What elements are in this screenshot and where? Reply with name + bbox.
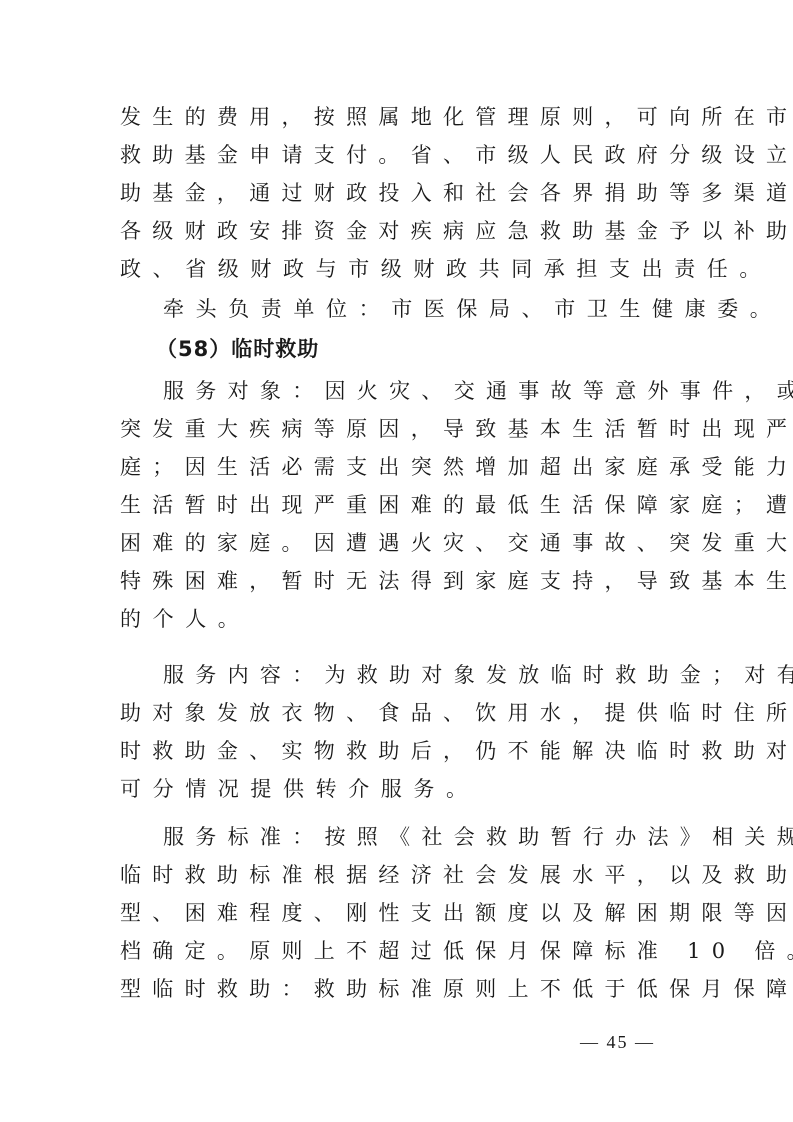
- document-page: 发生的费用，按照属地化管理原则，可向所在市级疾病应急救助基金申请支付。省、市级人…: [0, 0, 793, 1122]
- paragraph-line: 政、省级财政与市级财政共同承担支出责任。: [120, 250, 676, 288]
- service-object-line: 突发重大疾病等原因，导致基本生活暂时出现严重困难的家: [120, 410, 676, 448]
- service-content-line: 服务内容：为救助对象发放临时救助金；对有需要的救: [163, 656, 676, 694]
- service-standard-line: 型、困难程度、刚性支出额度以及解困期限等因素，分类分: [120, 894, 676, 932]
- service-object-line: 困难的家庭。因遭遇火灾、交通事故、突发重大疾病或其他: [120, 524, 676, 562]
- service-content-line: 时救助金、实物救助后，仍不能解决临时救助对象困难的，: [120, 732, 676, 770]
- service-object-line: 特殊困难，暂时无法得到家庭支持，导致基本生活陷入困境: [120, 562, 676, 600]
- service-object-line: 服务对象：因火灾、交通事故等意外事件，或家庭成员: [163, 372, 676, 410]
- page-number: — 45 —: [580, 1030, 655, 1054]
- service-standard-line: 档确定。原则上不超过低保月保障标准 10 倍。其中，急难: [120, 932, 676, 970]
- paragraph-line: 救助基金申请支付。省、市级人民政府分级设立疾病应急救: [120, 136, 676, 174]
- paragraph-line: 牵头负责单位：市医保局、市卫生健康委。: [163, 290, 676, 328]
- service-standard-line: 服务标准：按照《社会救助暂行办法》相关规定执行。: [163, 818, 676, 856]
- paragraph-line: 发生的费用，按照属地化管理原则，可向所在市级疾病应急: [120, 98, 676, 136]
- paragraph-line: 各级财政安排资金对疾病应急救助基金予以补助，由中央财: [120, 212, 676, 250]
- section-heading: （58）临时救助: [156, 330, 319, 368]
- paragraph-line: 助基金，通过财政投入和社会各界捐助等多渠道筹集资金。: [120, 174, 676, 212]
- service-standard-line: 型临时救助：救助标准原则上不低于低保月保障标准的 2 倍；: [120, 970, 676, 1008]
- service-standard-line: 临时救助标准根据经济社会发展水平，以及救助对象困难类: [120, 856, 676, 894]
- service-content-line: 助对象发放衣物、食品、饮用水，提供临时住所；对给予临: [120, 694, 676, 732]
- service-object-line: 生活暂时出现严重困难的最低生活保障家庭；遭遇其他特殊: [120, 486, 676, 524]
- service-object-line: 庭；因生活必需支出突然增加超出家庭承受能力，导致基本: [120, 448, 676, 486]
- service-content-line: 可分情况提供转介服务。: [120, 770, 676, 808]
- service-object-line: 的个人。: [120, 600, 676, 638]
